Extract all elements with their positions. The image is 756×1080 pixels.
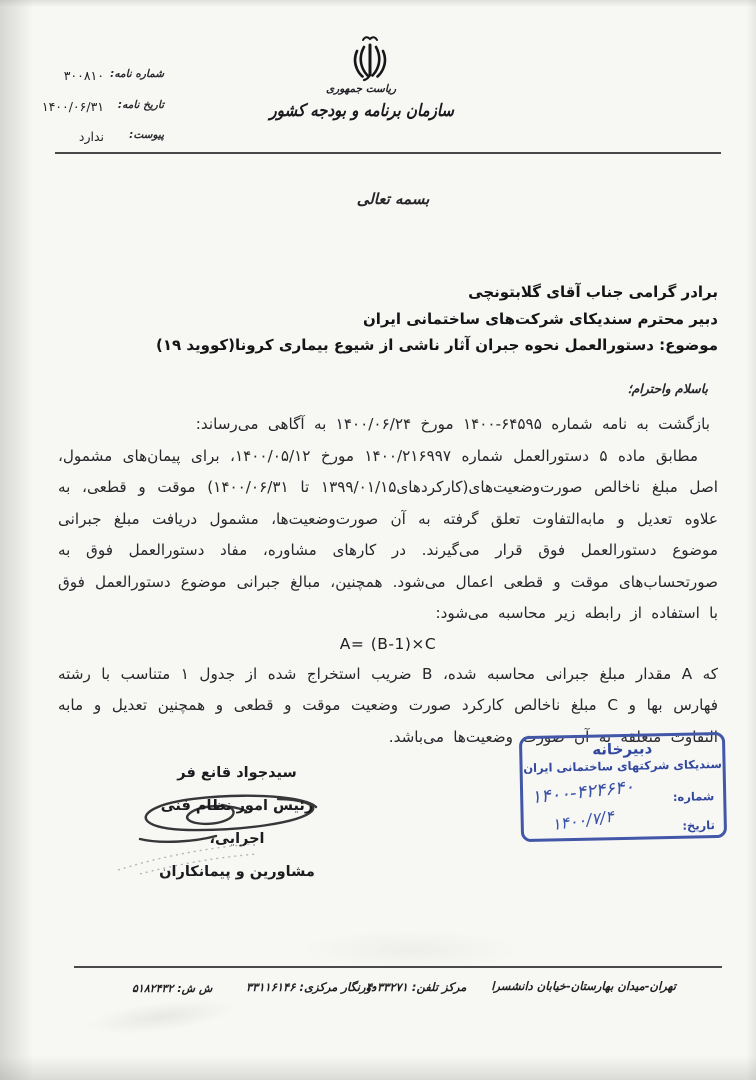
iran-emblem-icon xyxy=(348,32,392,90)
scan-smudge xyxy=(85,993,238,1041)
scan-scratch-marks xyxy=(110,836,260,880)
body-paragraph-2: مطابق ماده ۵ دستورالعمل شماره ۱۴۰۰/۲۱۶۹۹… xyxy=(58,441,718,630)
besmeleh-invocation: بسمه تعالی xyxy=(328,190,458,208)
footer-registry-number: ش ش: ۵۱۸۲۴۳۲ xyxy=(132,982,212,995)
letter-number-label: شماره نامه: xyxy=(112,68,164,80)
scan-edge-shadow-top xyxy=(0,0,756,7)
attachment-value: ندارد xyxy=(30,129,104,144)
scan-edge-shadow-right xyxy=(746,0,756,1080)
footer-divider xyxy=(74,966,722,968)
header-divider xyxy=(55,152,721,154)
body-paragraph-1: بازگشت به نامه شماره ۶۴۵۹۵-۱۴۰۰ مورخ ۱۴۰… xyxy=(58,409,718,441)
recipient-name-line: برادر گرامی جناب آقای گلابتونچی xyxy=(156,279,718,306)
letter-date-label: تاریخ نامه: xyxy=(112,99,164,111)
scan-edge-shadow-left xyxy=(0,0,34,1080)
letter-date-value: ۱۴۰۰/۰۶/۳۱ xyxy=(30,99,104,114)
footer-phone: مرکز تلفن: ۳۳۲۷۱-۴ xyxy=(366,980,466,994)
secretariat-stamp: دبیرخانه سندیکای شرکتهای ساختمانی ایران … xyxy=(519,732,727,842)
stamp-number-handwritten: ۱۴۰۰-۴۲۴۶۴۰ xyxy=(530,776,635,808)
stamp-subtitle: سندیکای شرکتهای ساختمانی ایران xyxy=(522,757,722,775)
compensation-formula: A= (B-1)×C xyxy=(58,630,718,659)
stamp-number-label: شماره: xyxy=(673,789,715,804)
presidency-caption: ریاست جمهوری xyxy=(318,83,404,95)
recipient-title-line: دبیر محترم سندیکای شرکت‌های ساختمانی ایر… xyxy=(156,306,718,333)
scan-edge-shadow-bottom xyxy=(0,1056,756,1080)
subject-line: موضوع: دستورالعمل نحوه جبران آثار ناشی ا… xyxy=(156,332,718,359)
stamp-date-label: تاریخ: xyxy=(682,818,715,833)
letter-body: بازگشت به نامه شماره ۶۴۵۹۵-۱۴۰۰ مورخ ۱۴۰… xyxy=(58,409,718,753)
letter-number-value: ۳۰۰۸۱۰ xyxy=(30,68,104,83)
footer-fax: دورنگار مرکزی: ۳۳۱۱۶۱۴۶ xyxy=(246,980,376,994)
stamp-date-handwritten: ۱۴۰۰/۷/۴ xyxy=(551,806,615,834)
recipient-block: برادر گرامی جناب آقای گلابتونچی دبیر محت… xyxy=(156,279,718,359)
footer-address: تهران-میدان بهارستان-خیابان دانشسرا xyxy=(491,979,676,993)
scanned-letter-page: ریاست جمهوری سازمان برنامه و بودجه کشور … xyxy=(0,0,756,1080)
salutation: باسلام واحترام؛ xyxy=(628,381,708,396)
organization-name: سازمان برنامه و بودجه کشور xyxy=(306,101,454,121)
scan-smudge xyxy=(300,930,520,970)
attachment-label: پیوست: xyxy=(112,129,164,141)
